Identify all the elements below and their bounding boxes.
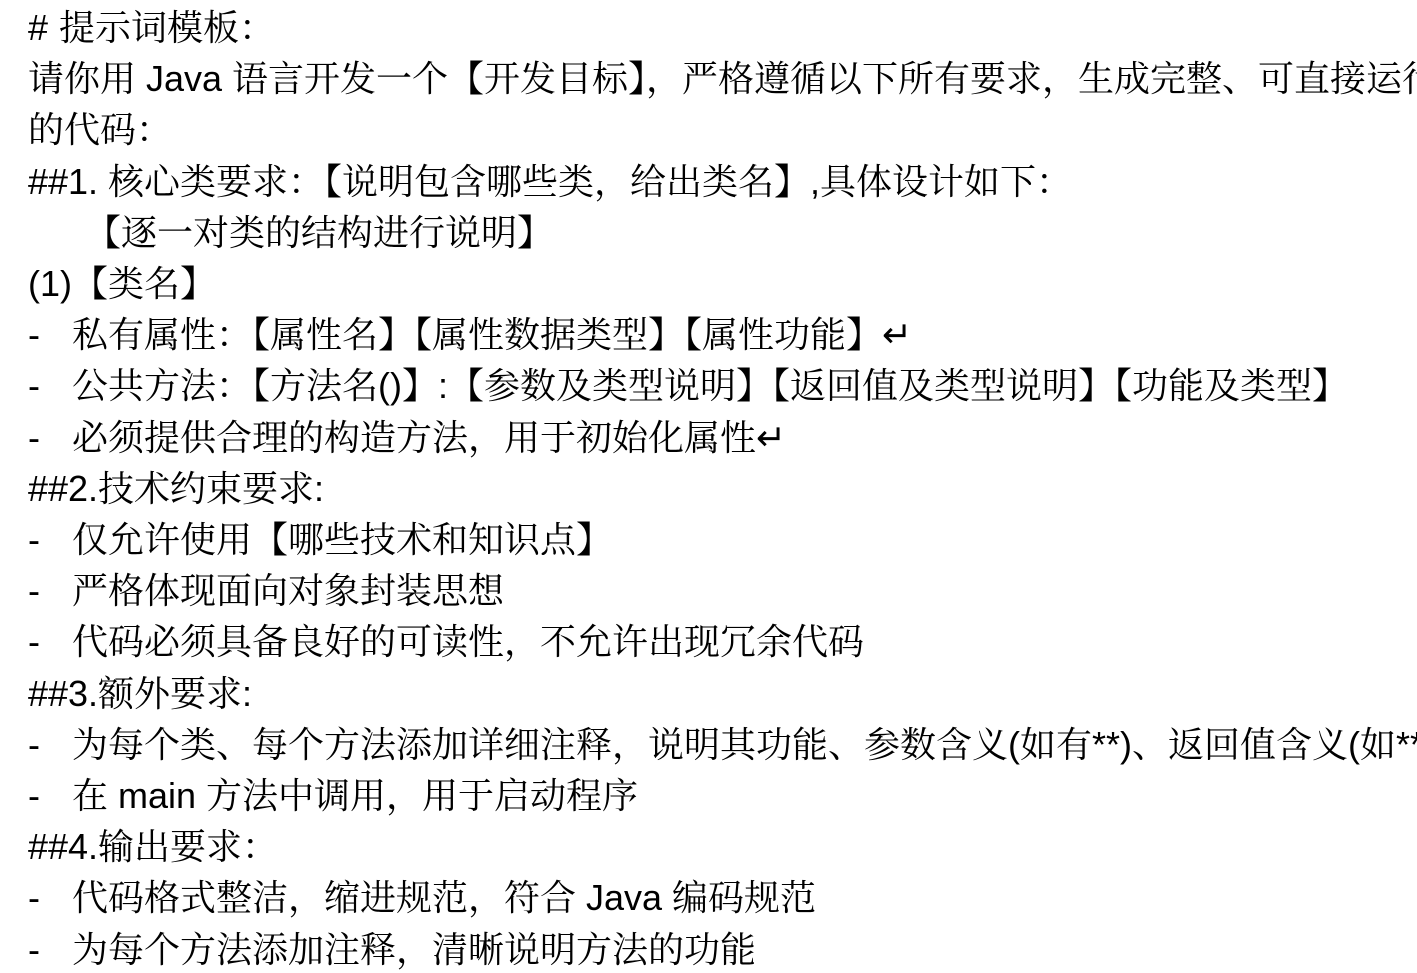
line-text: 的代码： — [28, 109, 172, 150]
line-text: 4.输出要求： — [68, 826, 278, 867]
bullet-line: -为每个方法添加注释，清晰说明方法的功能 — [28, 924, 1399, 973]
line-text: 提示词模板： — [59, 7, 275, 48]
line-text: 1. 核心类要求：【说明包含哪些类，给出类名】,具体设计如下： — [68, 161, 1072, 202]
dash-bullet-marker: - — [28, 565, 72, 616]
line-text: 3.额外要求: — [68, 673, 252, 714]
md-hash-marker: ## — [28, 156, 68, 207]
heading-line-section-4: ##4.输出要求： — [28, 821, 1399, 872]
bullet-line: -私有属性：【属性名】【属性数据类型】【属性功能】↵ — [28, 309, 1399, 360]
heading-line-section-2: ##2.技术约束要求: — [28, 463, 1399, 514]
md-hash-marker: ## — [28, 821, 68, 872]
bullet-line: -在 main 方法中调用，用于启动程序 — [28, 770, 1399, 821]
line-text: 严格体现面向对象封装思想 — [72, 570, 504, 611]
line-text: 请你用 Java 语言开发一个【开发目标】，严格遵循以下所有要求，生成完整、可直… — [28, 58, 1417, 99]
line-text: 公共方法：【方法名()】:【参数及类型说明】【返回值及类型说明】【功能及类型】 — [72, 365, 1348, 406]
line-text: 私有属性：【属性名】【属性数据类型】【属性功能】↵ — [72, 314, 912, 355]
dash-bullet-marker: - — [28, 514, 72, 565]
bullet-line: -代码必须具备良好的可读性，不允许出现冗余代码 — [28, 616, 1399, 667]
heading-line-section-3: ##3.额外要求: — [28, 668, 1399, 719]
line-text: 在 main 方法中调用，用于启动程序 — [72, 775, 638, 816]
indented-line: 【逐一对类的结构进行说明】 — [28, 207, 1399, 258]
dash-bullet-marker: - — [28, 924, 72, 973]
bullet-line: -仅允许使用【哪些技术和知识点】 — [28, 514, 1399, 565]
md-hash-marker: # — [28, 2, 59, 53]
bullet-line: -为每个类、每个方法添加详细注释，说明其功能、参数含义(如有**)、返回值含义(… — [28, 719, 1399, 770]
dash-bullet-marker: - — [28, 360, 72, 411]
line-text: 为每个方法添加注释，清晰说明方法的功能 — [72, 929, 756, 970]
dash-bullet-marker: - — [28, 309, 72, 360]
dash-bullet-marker: - — [28, 616, 72, 667]
heading-line-title: #提示词模板： — [28, 2, 1399, 53]
line-text: 代码格式整洁，缩进规范，符合 Java 编码规范 — [72, 877, 816, 918]
line-text: 【逐一对类的结构进行说明】 — [85, 212, 553, 253]
line-text: 代码必须具备良好的可读性，不允许出现冗余代码 — [72, 621, 864, 662]
dash-bullet-marker: - — [28, 770, 72, 821]
line-text: 仅允许使用【哪些技术和知识点】 — [72, 519, 612, 560]
bullet-line: -公共方法：【方法名()】:【参数及类型说明】【返回值及类型说明】【功能及类型】 — [28, 360, 1399, 411]
bullet-line: -代码格式整洁，缩进规范，符合 Java 编码规范 — [28, 872, 1399, 923]
document-page: #提示词模板： 请你用 Java 语言开发一个【开发目标】，严格遵循以下所有要求… — [0, 0, 1417, 973]
dash-bullet-marker: - — [28, 412, 72, 463]
bullet-line: -严格体现面向对象封装思想 — [28, 565, 1399, 616]
line-text: (1)【类名】 — [28, 263, 216, 304]
line-text: 必须提供合理的构造方法，用于初始化属性↵ — [72, 417, 786, 458]
line-text: 为每个类、每个方法添加详细注释，说明其功能、参数含义(如有**)、返回值含义(如… — [72, 724, 1417, 765]
dash-bullet-marker: - — [28, 719, 72, 770]
md-hash-marker: ## — [28, 668, 68, 719]
paragraph-line: 的代码： — [28, 104, 1399, 155]
paragraph-line: 请你用 Java 语言开发一个【开发目标】，严格遵循以下所有要求，生成完整、可直… — [28, 53, 1399, 104]
numbered-item-line: (1)【类名】 — [28, 258, 1399, 309]
bullet-line: -必须提供合理的构造方法，用于初始化属性↵ — [28, 412, 1399, 463]
line-text: 2.技术约束要求: — [68, 468, 324, 509]
md-hash-marker: ## — [28, 463, 68, 514]
heading-line-section-1: ##1. 核心类要求：【说明包含哪些类，给出类名】,具体设计如下： — [28, 156, 1399, 207]
dash-bullet-marker: - — [28, 872, 72, 923]
